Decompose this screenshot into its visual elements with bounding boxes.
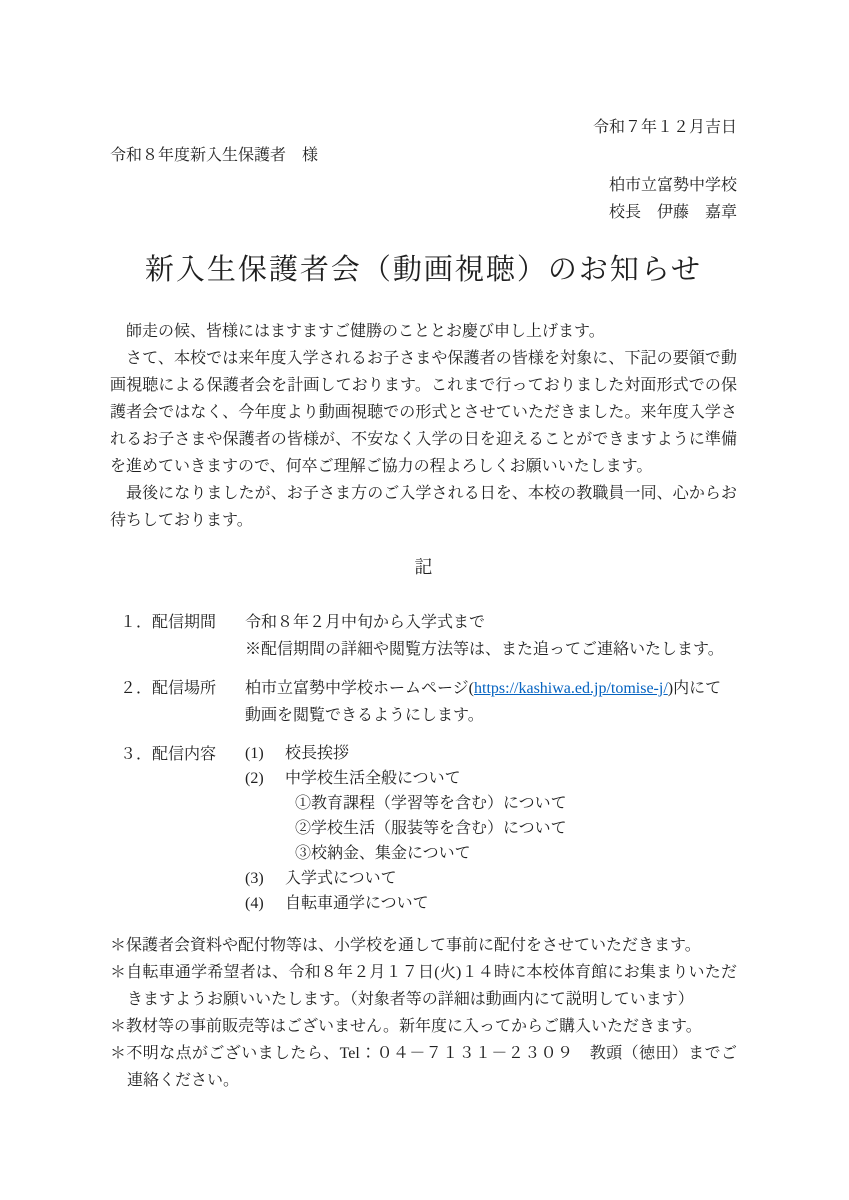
section-content: (1) 校長挨拶 (2) 中学校生活全般について ①教育課程（学習等を含む）につ… — [245, 741, 737, 916]
note-text: 不明な点がございましたら、Tel：０４－７１３１－２３０９ 教頭（徳田）までご連… — [126, 1045, 737, 1089]
sub-item-school-life: ②学校生活（服装等を含む）について — [295, 816, 737, 841]
content-item-1: (1) 校長挨拶 — [245, 741, 737, 766]
item-number: (2) — [245, 766, 285, 791]
note-bicycle: ＊自転車通学希望者は、令和８年２月１７日(火)１４時に本校体育館にお集まりいただ… — [110, 959, 737, 1013]
page-title: 新入生保護者会（動画視聴）のお知らせ — [110, 250, 737, 290]
sender-principal: 校長 伊藤 嘉章 — [110, 199, 737, 226]
content-item-2: (2) 中学校生活全般について — [245, 766, 737, 791]
note-materials: ＊保護者会資料や配付物等は、小学校を通して事前に配付をさせていただきます。 — [110, 932, 737, 959]
item-text: 自転車通学について — [285, 891, 429, 916]
document-page: 令和７年１２月吉日 令和８年度新入生保護者 様 柏市立富勢中学校 校長 伊藤 嘉… — [0, 0, 849, 1200]
asterisk-marker: ＊ — [110, 964, 126, 981]
item-text: 入学式について — [285, 866, 397, 891]
homepage-line-before: 柏市立富勢中学校ホームページ( — [245, 680, 474, 697]
note-contact: ＊不明な点がございましたら、Tel：０４－７１３１－２３０９ 教頭（徳田）までご… — [110, 1040, 737, 1094]
closing-paragraph: 最後になりましたが、お子さま方のご入学される日を、本校の教職員一同、心からお待ち… — [110, 480, 737, 534]
greeting-paragraph: 師走の候、皆様にはますますご健勝のこととお慶び申し上げます。 — [110, 318, 737, 345]
section-label: １．配信期間 — [110, 609, 245, 636]
homepage-line: 柏市立富勢中学校ホームページ(https://kashiwa.ed.jp/tom… — [245, 675, 737, 702]
note-teaching-materials: ＊教材等の事前販売等はございません。新年度に入ってからご購入いただきます。 — [110, 1013, 737, 1040]
note-text: 保護者会資料や配付物等は、小学校を通して事前に配付をさせていただきます。 — [126, 937, 701, 954]
item-text: 校長挨拶 — [285, 741, 349, 766]
body-text: 師走の候、皆様にはますますご健勝のこととお慶び申し上げます。 さて、本校では来年… — [110, 318, 737, 534]
delivery-period-note: ※配信期間の詳細や閲覧方法等は、また追ってご連絡いたします。 — [245, 636, 737, 663]
section-delivery-content: ３．配信内容 (1) 校長挨拶 (2) 中学校生活全般について ①教育課程（学習… — [110, 741, 737, 916]
sender-school: 柏市立富勢中学校 — [110, 172, 737, 199]
sections: １．配信期間 令和８年２月中旬から入学式まで ※配信期間の詳細や閲覧方法等は、ま… — [110, 609, 737, 916]
addressee-line: 令和８年度新入生保護者 様 — [110, 142, 737, 169]
item-number: (3) — [245, 866, 285, 891]
homepage-link[interactable]: https://kashiwa.ed.jp/tomise-j/ — [474, 680, 668, 697]
section-delivery-period: １．配信期間 令和８年２月中旬から入学式まで ※配信期間の詳細や閲覧方法等は、ま… — [110, 609, 737, 663]
asterisk-marker: ＊ — [110, 1045, 126, 1062]
content-item-3: (3) 入学式について — [245, 866, 737, 891]
sub-item-curriculum: ①教育課程（学習等を含む）について — [295, 791, 737, 816]
note-text: 教材等の事前販売等はございません。新年度に入ってからご購入いただきます。 — [126, 1018, 702, 1035]
asterisk-marker: ＊ — [110, 1018, 126, 1035]
asterisk-marker: ＊ — [110, 937, 126, 954]
note-text: 自転車通学希望者は、令和８年２月１７日(火)１４時に本校体育館にお集まりいただき… — [126, 964, 737, 1008]
section-label: ２．配信場所 — [110, 675, 245, 702]
item-text: 中学校生活全般について — [285, 766, 461, 791]
homepage-line-after: )内にて — [668, 680, 721, 697]
section-content: 令和８年２月中旬から入学式まで ※配信期間の詳細や閲覧方法等は、また追ってご連絡… — [245, 609, 737, 663]
date-line: 令和７年１２月吉日 — [110, 114, 737, 141]
item-number: (4) — [245, 891, 285, 916]
sub-item-fees: ③校納金、集金について — [295, 841, 737, 866]
content-item-4: (4) 自転車通学について — [245, 891, 737, 916]
main-paragraph: さて、本校では来年度入学されるお子さまや保護者の皆様を対象に、下記の要領で動画視… — [110, 345, 737, 480]
section-delivery-place: ２．配信場所 柏市立富勢中学校ホームページ(https://kashiwa.ed… — [110, 675, 737, 729]
notes-list: ＊保護者会資料や配付物等は、小学校を通して事前に配付をさせていただきます。 ＊自… — [110, 932, 737, 1094]
section-label: ３．配信内容 — [110, 741, 245, 768]
section-content: 柏市立富勢中学校ホームページ(https://kashiwa.ed.jp/tom… — [245, 675, 737, 729]
delivery-period-line: 令和８年２月中旬から入学式まで — [245, 609, 737, 636]
content-sub-list: ①教育課程（学習等を含む）について ②学校生活（服装等を含む）について ③校納金… — [245, 791, 737, 866]
sender-block: 柏市立富勢中学校 校長 伊藤 嘉章 — [110, 172, 737, 226]
video-availability-line: 動画を閲覧できるようにします。 — [245, 702, 737, 729]
ki-marker: 記 — [110, 554, 737, 581]
item-number: (1) — [245, 741, 285, 766]
